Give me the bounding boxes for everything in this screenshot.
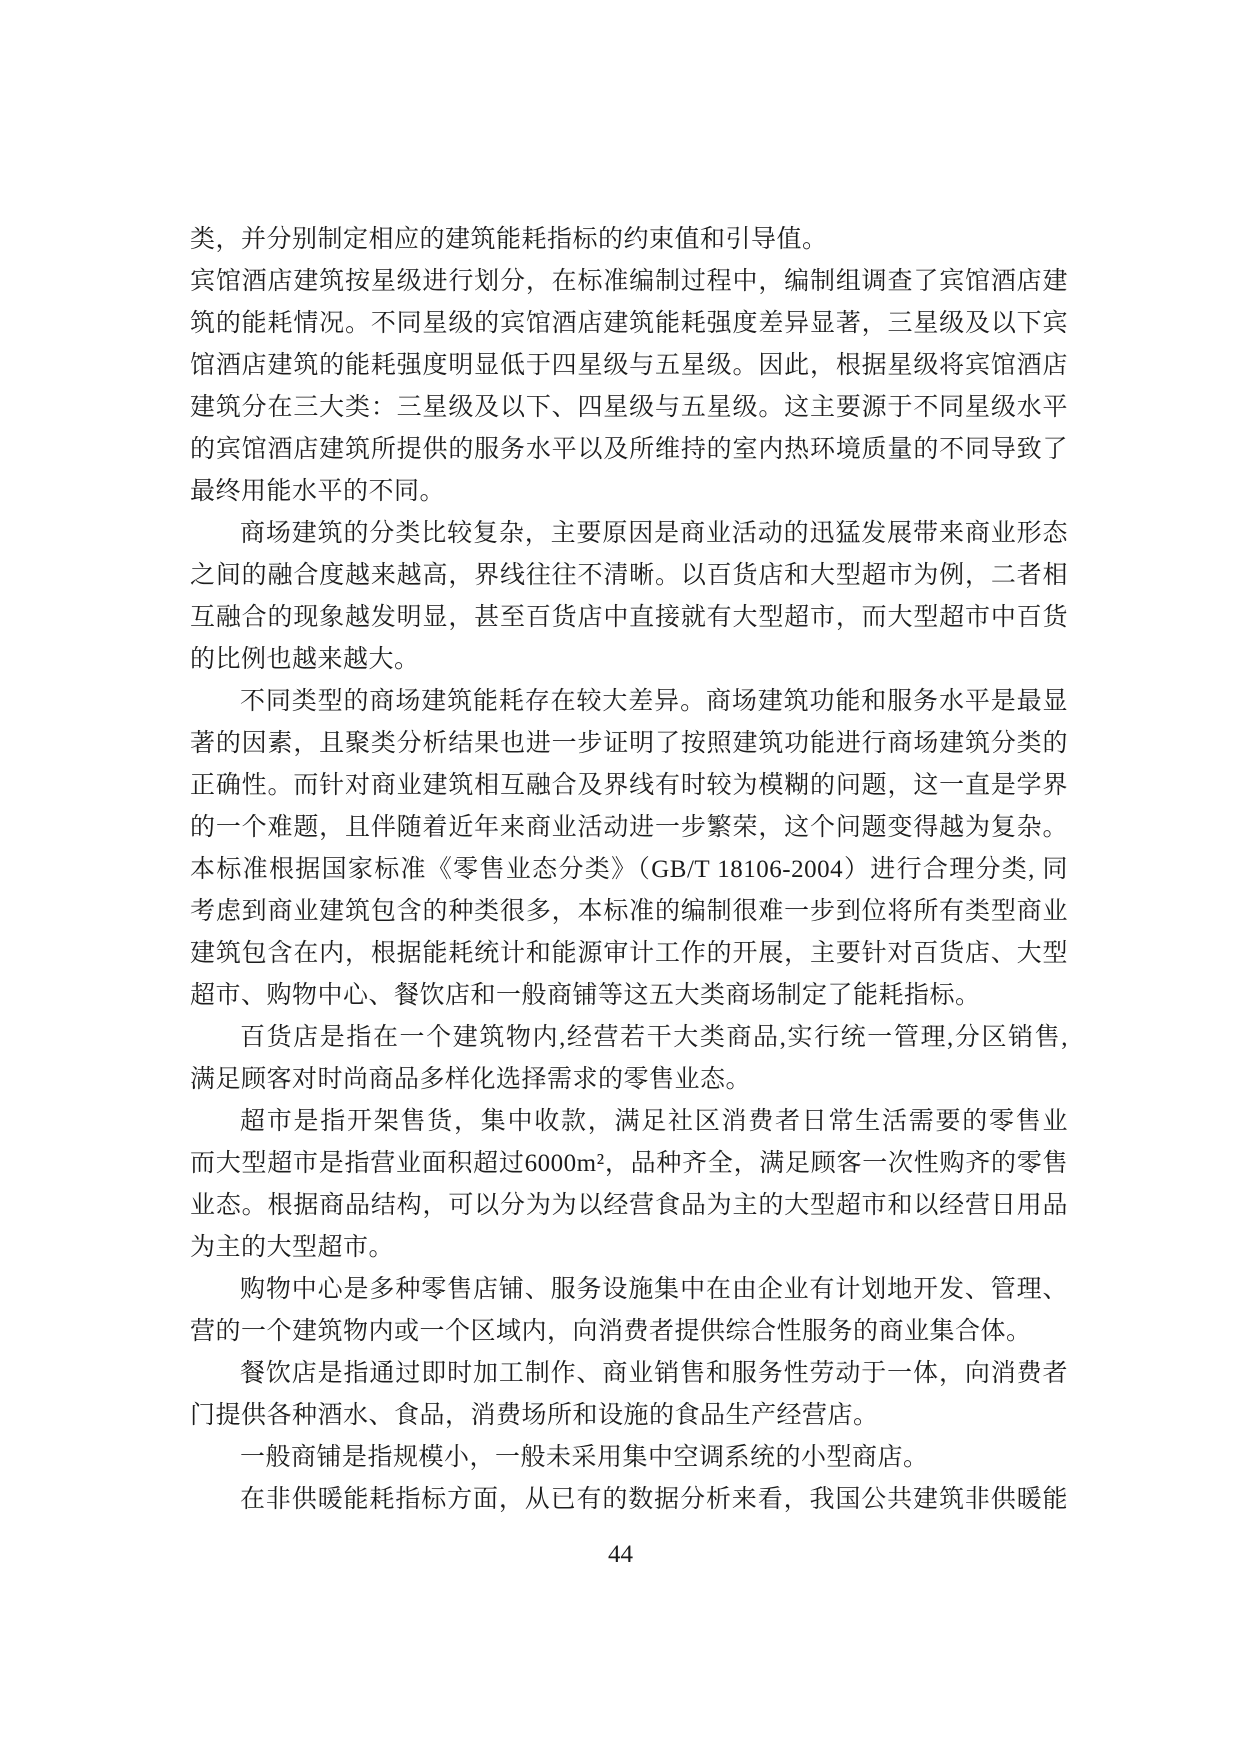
text-line: 建筑分在三大类：三星级及以下、四星级与五星级。这主要源于不同星级水平 xyxy=(190,387,1068,429)
text-line: 正确性。而针对商业建筑相互融合及界线有时较为模糊的问题，这一直是学界 xyxy=(190,765,1068,807)
text-line: 餐饮店是指通过即时加工制作、商业销售和服务性劳动于一体，向消费者专 xyxy=(190,1353,1068,1395)
text-line: 著的因素，且聚类分析结果也进一步证明了按照建筑功能进行商场建筑分类的 xyxy=(190,723,1068,765)
text-line: 宾馆酒店建筑按星级进行划分，在标准编制过程中，编制组调查了宾馆酒店建 xyxy=(190,261,1068,303)
text-line: 购物中心是多种零售店铺、服务设施集中在由企业有计划地开发、管理、运 xyxy=(190,1269,1068,1311)
text-line: 建筑包含在内，根据能耗统计和能源审计工作的开展，主要针对百货店、大型 xyxy=(190,933,1068,975)
text-line: 筑的能耗情况。不同星级的宾馆酒店建筑能耗强度差异显著，三星级及以下宾 xyxy=(190,303,1068,345)
text-line: 的一个难题，且伴随着近年来商业活动进一步繁荣，这个问题变得越为复杂。 xyxy=(190,807,1068,849)
text-line: 类，并分别制定相应的建筑能耗指标的约束值和引导值。 xyxy=(190,219,1068,261)
text-line: 的宾馆酒店建筑所提供的服务水平以及所维持的室内热环境质量的不同导致了 xyxy=(190,429,1068,471)
text-line: 互融合的现象越发明显，甚至百货店中直接就有大型超市，而大型超市中百货 xyxy=(190,597,1068,639)
text-block: 类，并分别制定相应的建筑能耗指标的约束值和引导值。宾馆酒店建筑按星级进行划分，在… xyxy=(190,219,1068,1521)
text-line: 为主的大型超市。 xyxy=(190,1227,1068,1269)
text-line: 门提供各种酒水、食品，消费场所和设施的食品生产经营店。 xyxy=(190,1395,1068,1437)
text-line: 业态。根据商品结构，可以分为为以经营食品为主的大型超市和以经营日用品 xyxy=(190,1185,1068,1227)
text-line: 在非供暖能耗指标方面，从已有的数据分析来看，我国公共建筑非供暖能 xyxy=(190,1479,1068,1521)
text-line: 一般商铺是指规模小，一般未采用集中空调系统的小型商店。 xyxy=(190,1437,1068,1479)
text-line: 不同类型的商场建筑能耗存在较大差异。商场建筑功能和服务水平是最显 xyxy=(190,681,1068,723)
text-line: 考虑到商业建筑包含的种类很多，本标准的编制很难一步到位将所有类型商业 xyxy=(190,891,1068,933)
text-line: 最终用能水平的不同。 xyxy=(190,471,1068,513)
text-line: 商场建筑的分类比较复杂，主要原因是商业活动的迅猛发展带来商业形态 xyxy=(190,513,1068,555)
text-line: 本标准根据国家标准《零售业态分类》（GB/T 18106-2004）进行合理分类… xyxy=(190,849,1068,891)
text-line: 百货店是指在一个建筑物内,经营若干大类商品,实行统一管理,分区销售, xyxy=(190,1017,1068,1059)
text-line: 之间的融合度越来越高，界线往往不清晰。以百货店和大型超市为例，二者相 xyxy=(190,555,1068,597)
text-line: 超市、购物中心、餐饮店和一般商铺等这五大类商场制定了能耗指标。 xyxy=(190,975,1068,1017)
text-line: 馆酒店建筑的能耗强度明显低于四星级与五星级。因此，根据星级将宾馆酒店 xyxy=(190,345,1068,387)
page-number: 44 xyxy=(0,1540,1241,1570)
text-line: 而大型超市是指营业面积超过6000m²，品种齐全，满足顾客一次性购齐的零售 xyxy=(190,1143,1068,1185)
text-line: 营的一个建筑物内或一个区域内，向消费者提供综合性服务的商业集合体。 xyxy=(190,1311,1068,1353)
text-line: 满足顾客对时尚商品多样化选择需求的零售业态。 xyxy=(190,1059,1068,1101)
document-page: 类，并分别制定相应的建筑能耗指标的约束值和引导值。宾馆酒店建筑按星级进行划分，在… xyxy=(0,0,1241,1754)
text-line: 超市是指开架售货，集中收款，满足社区消费者日常生活需要的零售业态。 xyxy=(190,1101,1068,1143)
text-line: 的比例也越来越大。 xyxy=(190,639,1068,681)
